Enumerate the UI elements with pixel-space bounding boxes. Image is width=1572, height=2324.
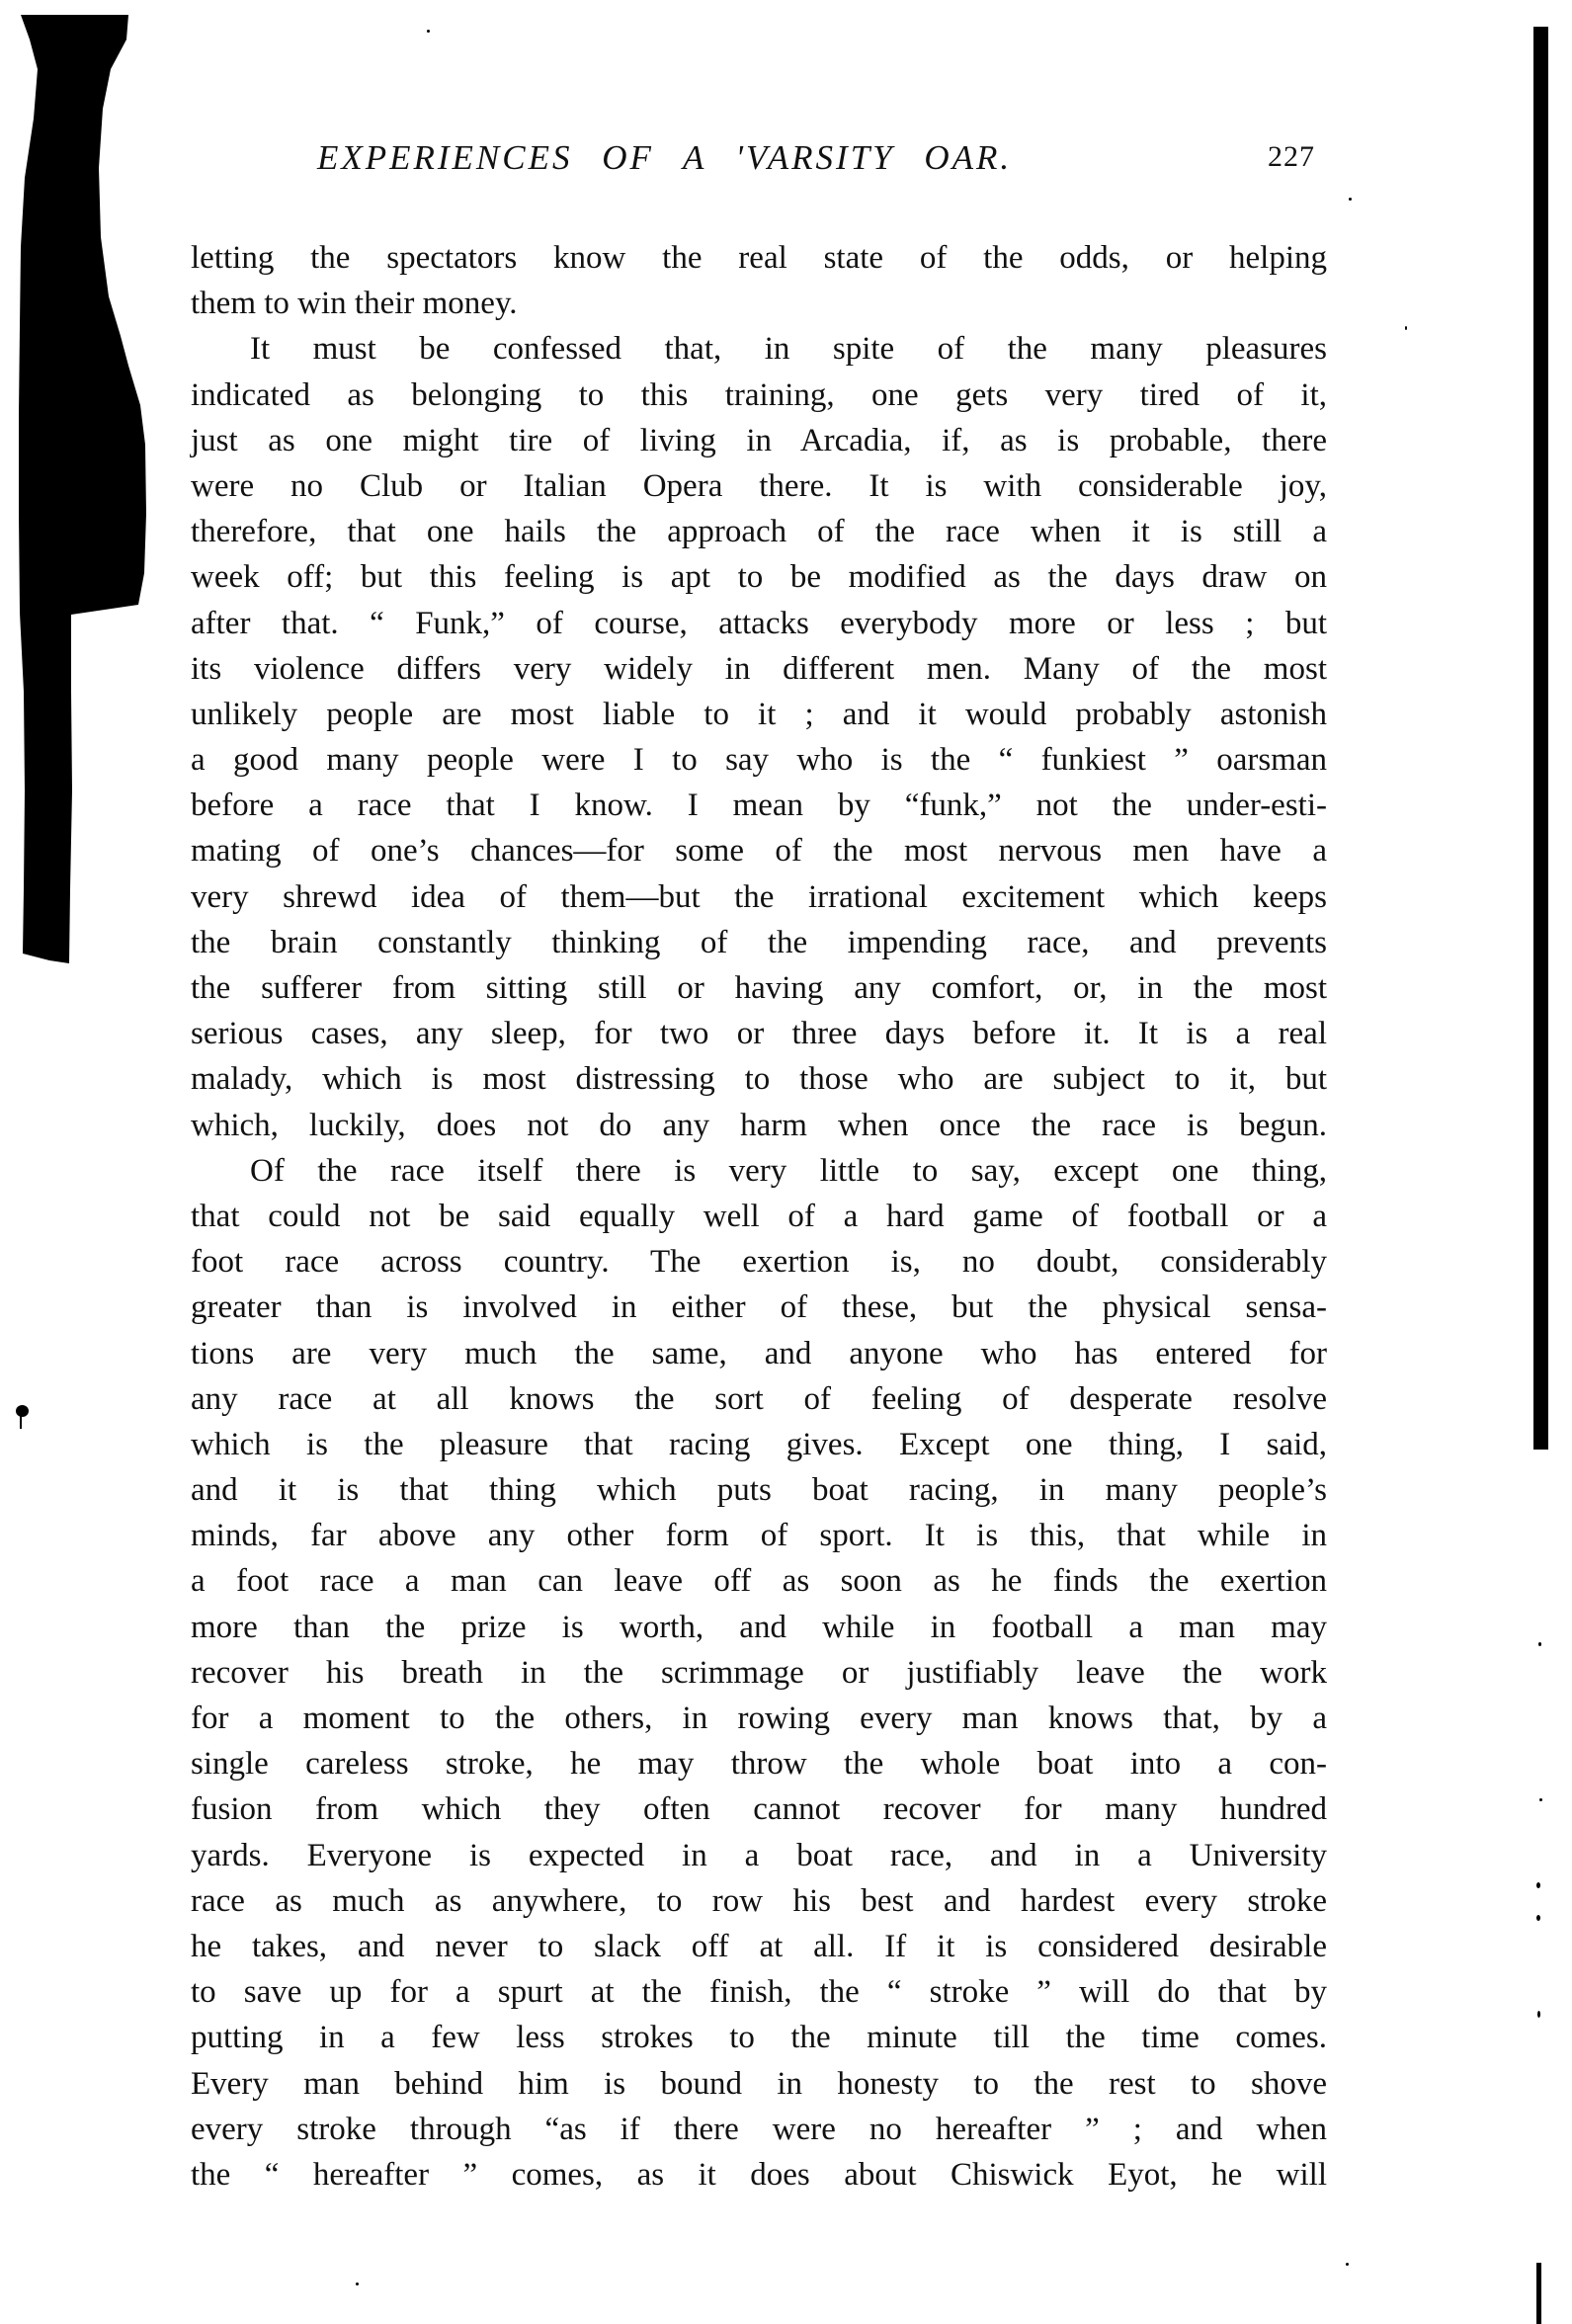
- scan-speck: [1536, 1915, 1540, 1921]
- text-line: serious cases, any sleep, for two or thr…: [191, 1011, 1327, 1056]
- text-line: Of the race itself there is very little …: [191, 1148, 1327, 1194]
- text-line: a good many people were I to say who is …: [191, 737, 1327, 783]
- text-line: foot race across country. The exertion i…: [191, 1239, 1327, 1285]
- text-line: a foot race a man can leave off as soon …: [191, 1558, 1327, 1604]
- text-line: more than the prize is worth, and while …: [191, 1605, 1327, 1650]
- text-line: and it is that thing which puts boat rac…: [191, 1467, 1327, 1513]
- text-line: single careless stroke, he may throw the…: [191, 1741, 1327, 1786]
- text-line: the “ hereafter ” comes, as it does abou…: [191, 2152, 1327, 2198]
- paragraph: It must be confessed that, in spite of t…: [191, 326, 1327, 1147]
- scan-edge-shadow-left: [0, 0, 158, 988]
- scan-edge-fragment: [1536, 2263, 1541, 2324]
- scan-speck: [1537, 2011, 1540, 2018]
- text-line: very shrewd idea of them—but the irratio…: [191, 874, 1327, 920]
- text-line: recover his breath in the scrimmage or j…: [191, 1650, 1327, 1696]
- text-line: which is the pleasure that racing gives.…: [191, 1422, 1327, 1467]
- text-line: were no Club or Italian Opera there. It …: [191, 463, 1327, 509]
- text-line: It must be confessed that, in spite of t…: [191, 326, 1327, 372]
- ink-blot: [16, 1405, 29, 1417]
- text-line: that could not be said equally well of a…: [191, 1194, 1327, 1239]
- text-line: indicated as belonging to this training,…: [191, 373, 1327, 418]
- text-line: which, luckily, does not do any harm whe…: [191, 1103, 1327, 1148]
- text-line: for a moment to the others, in rowing ev…: [191, 1696, 1327, 1741]
- text-line: he takes, and never to slack off at all.…: [191, 1924, 1327, 1969]
- text-line: the sufferer from sitting still or havin…: [191, 965, 1327, 1011]
- text-line: before a race that I know. I mean by “fu…: [191, 783, 1327, 828]
- scan-speck: [1349, 198, 1352, 201]
- paragraph: Of the race itself there is very little …: [191, 1148, 1327, 2198]
- text-line: its violence differs very widely in diff…: [191, 646, 1327, 692]
- text-line: the brain constantly thinking of the imp…: [191, 920, 1327, 965]
- text-line: after that. “ Funk,” of course, attacks …: [191, 601, 1327, 646]
- scan-speck: [1405, 326, 1407, 330]
- scan-speck: [356, 2282, 359, 2285]
- book-page: EXPERIENCES OF A 'VARSITY OAR. 227 letti…: [0, 0, 1572, 2324]
- text-line: to save up for a spurt at the finish, th…: [191, 1969, 1327, 2015]
- text-line: unlikely people are most liable to it ; …: [191, 692, 1327, 737]
- scan-edge-shadow-right: [1533, 27, 1548, 1450]
- paragraph: letting the spectators know the real sta…: [191, 235, 1327, 326]
- text-line: Every man behind him is bound in honesty…: [191, 2061, 1327, 2107]
- text-line: letting the spectators know the real sta…: [191, 235, 1327, 281]
- scan-speck: [1536, 1882, 1540, 1888]
- text-line: them to win their money.: [191, 281, 1327, 326]
- text-line: mating of one’s chances—for some of the …: [191, 828, 1327, 873]
- running-title: EXPERIENCES OF A 'VARSITY OAR.: [317, 138, 1012, 178]
- text-line: yards. Everyone is expected in a boat ra…: [191, 1833, 1327, 1878]
- text-line: putting in a few less strokes to the min…: [191, 2015, 1327, 2060]
- text-line: greater than is involved in either of th…: [191, 1285, 1327, 1330]
- text-line: any race at all knows the sort of feelin…: [191, 1376, 1327, 1422]
- text-line: tions are very much the same, and anyone…: [191, 1331, 1327, 1376]
- text-line: week off; but this feeling is apt to be …: [191, 554, 1327, 600]
- page-number: 227: [1268, 140, 1315, 174]
- text-line: therefore, that one hails the approach o…: [191, 509, 1327, 554]
- ink-blot-tail: [20, 1415, 22, 1429]
- scan-speck: [1346, 2263, 1349, 2266]
- scan-speck: [1538, 1642, 1541, 1646]
- body-text: letting the spectators know the real sta…: [191, 235, 1327, 2198]
- scan-speck: [427, 30, 430, 33]
- text-line: every stroke through “as if there were n…: [191, 2107, 1327, 2152]
- text-line: fusion from which they often cannot reco…: [191, 1786, 1327, 1832]
- running-header: EXPERIENCES OF A 'VARSITY OAR. 227: [317, 138, 1315, 182]
- text-line: malady, which is most distressing to tho…: [191, 1056, 1327, 1102]
- text-line: minds, far above any other form of sport…: [191, 1513, 1327, 1558]
- text-line: just as one might tire of living in Arca…: [191, 418, 1327, 463]
- scan-speck: [1539, 1798, 1542, 1801]
- text-line: race as much as anywhere, to row his bes…: [191, 1878, 1327, 1924]
